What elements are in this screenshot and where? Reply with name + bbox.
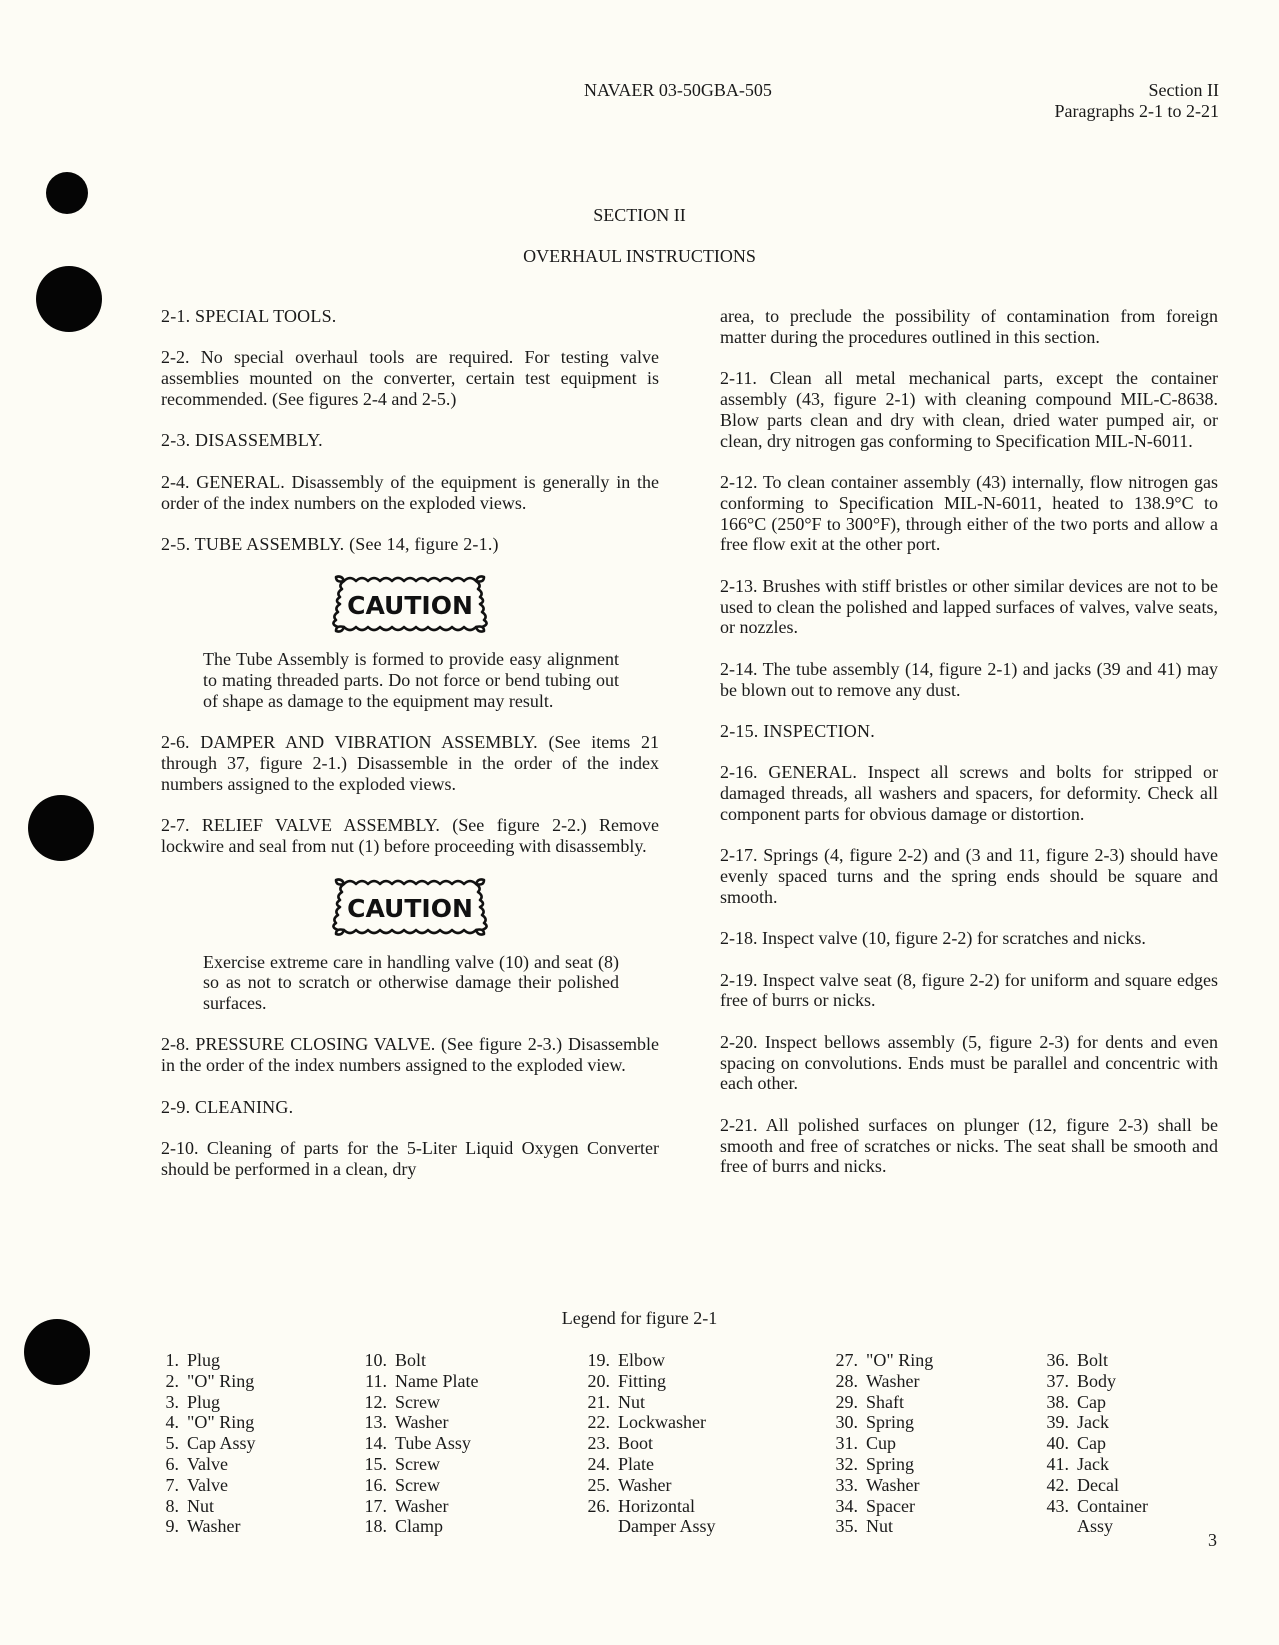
legend-index: 41.: [1037, 1454, 1069, 1475]
legend-item: 1.Plug: [145, 1350, 256, 1371]
legend-item: 42.Decal: [1037, 1475, 1148, 1496]
legend-index: 30.: [826, 1412, 858, 1433]
legend-item: 40.Cap: [1037, 1433, 1148, 1454]
legend-part-name: Nut: [187, 1496, 214, 1516]
paragraph: 2-6. DAMPER AND VIBRATION ASSEMBLY. (See…: [161, 732, 659, 794]
paragraph-heading: 2-3. DISASSEMBLY.: [161, 430, 659, 451]
legend-index: 9.: [145, 1516, 179, 1537]
paragraph: 2-13. Brushes with stiff bristles or oth…: [720, 576, 1218, 638]
paragraph-heading: 2-5. TUBE ASSEMBLY. (See 14, figure 2-1.…: [161, 534, 659, 555]
legend-index: 16.: [355, 1475, 387, 1496]
legend-index: 6.: [145, 1454, 179, 1475]
legend-index: 1.: [145, 1350, 179, 1371]
legend-part-name: Fitting: [618, 1371, 666, 1391]
legend-item: 29.Shaft: [826, 1392, 933, 1413]
legend-part-name: Washer: [395, 1496, 449, 1516]
legend-part-name: Lockwasher: [618, 1412, 706, 1432]
legend-part-name: Plug: [187, 1392, 220, 1412]
paragraph: area, to preclude the possibility of con…: [720, 306, 1218, 348]
section-label: Section II: [1055, 80, 1219, 101]
right-column: area, to preclude the possibility of con…: [720, 306, 1218, 1198]
paragraph: 2-14. The tube assembly (14, figure 2-1)…: [720, 659, 1218, 701]
legend-item: 9.Washer: [145, 1516, 256, 1537]
legend-part-name: Clamp: [395, 1516, 443, 1536]
caution-label: CAUTION: [347, 591, 473, 620]
legend-part-name: Shaft: [866, 1392, 904, 1412]
legend-item: 37.Body: [1037, 1371, 1148, 1392]
legend-item: 41.Jack: [1037, 1454, 1148, 1475]
legend-index: 7.: [145, 1475, 179, 1496]
section-title: SECTION II: [0, 205, 1279, 226]
legend-item: 15.Screw: [355, 1454, 478, 1475]
legend-part-name: Name Plate: [395, 1371, 478, 1391]
paragraph: 2-21. All polished surfaces on plunger (…: [720, 1115, 1218, 1177]
legend-part-name: Cap: [1077, 1433, 1106, 1453]
legend-item: 25.Washer: [578, 1475, 716, 1496]
legend-part-name: Washer: [866, 1475, 920, 1495]
legend-index: 15.: [355, 1454, 387, 1475]
legend-index: 10.: [355, 1350, 387, 1371]
legend-index: 28.: [826, 1371, 858, 1392]
paragraph: 2-2. No special overhaul tools are requi…: [161, 347, 659, 409]
legend-item: 32.Spring: [826, 1454, 933, 1475]
legend-part-name: Washer: [187, 1516, 241, 1536]
legend-item: 35.Nut: [826, 1516, 933, 1537]
legend-item: 26.Horizontal: [578, 1496, 716, 1517]
legend-part-name: "O" Ring: [187, 1371, 254, 1391]
legend-part-name: Washer: [395, 1412, 449, 1432]
legend-index: 23.: [578, 1433, 610, 1454]
legend-column: 19.Elbow20.Fitting21.Nut22.Lockwasher23.…: [578, 1350, 716, 1537]
legend-index: 37.: [1037, 1371, 1069, 1392]
legend-index: 27.: [826, 1350, 858, 1371]
legend-item: 23.Boot: [578, 1433, 716, 1454]
paragraph-heading: 2-9. CLEANING.: [161, 1097, 659, 1118]
legend-part-name: Screw: [395, 1392, 440, 1412]
left-column: 2-1. SPECIAL TOOLS.2-2. No special overh…: [161, 306, 659, 1200]
legend-index: 25.: [578, 1475, 610, 1496]
legend-item: 2."O" Ring: [145, 1371, 256, 1392]
legend-item: 7.Valve: [145, 1475, 256, 1496]
legend-index: 14.: [355, 1433, 387, 1454]
legend-column: 27."O" Ring28.Washer29.Shaft30.Spring31.…: [826, 1350, 933, 1537]
legend-index: 12.: [355, 1392, 387, 1413]
legend-item: 27."O" Ring: [826, 1350, 933, 1371]
legend-index: 21.: [578, 1392, 610, 1413]
legend-index: 43.: [1037, 1496, 1069, 1517]
legend-item: 39.Jack: [1037, 1412, 1148, 1433]
legend-index: 33.: [826, 1475, 858, 1496]
caution-scalloped-frame-icon: CAUTION: [330, 876, 490, 938]
paragraph: 2-19. Inspect valve seat (8, figure 2-2)…: [720, 970, 1218, 1012]
legend-part-name: Valve: [187, 1454, 228, 1474]
caution-banner: CAUTION: [161, 876, 659, 938]
legend-index: 26.: [578, 1496, 610, 1517]
caution-text: Exercise extreme care in handling valve …: [161, 952, 659, 1014]
legend-index: 11.: [355, 1371, 387, 1392]
paragraph: 2-4. GENERAL. Disassembly of the equipme…: [161, 472, 659, 514]
legend-index: 2.: [145, 1371, 179, 1392]
legend-item: 36.Bolt: [1037, 1350, 1148, 1371]
legend-item: 19.Elbow: [578, 1350, 716, 1371]
paragraph: 2-20. Inspect bellows assembly (5, figur…: [720, 1032, 1218, 1094]
legend-item: 5.Cap Assy: [145, 1433, 256, 1454]
legend-item: 6.Valve: [145, 1454, 256, 1475]
legend-index: 18.: [355, 1516, 387, 1537]
legend-item: 38.Cap: [1037, 1392, 1148, 1413]
legend-column: 10.Bolt11.Name Plate12.Screw13.Washer14.…: [355, 1350, 478, 1537]
legend-index: 5.: [145, 1433, 179, 1454]
legend-index: 38.: [1037, 1392, 1069, 1413]
binder-hole-large-top: [36, 266, 102, 332]
legend-index: 34.: [826, 1496, 858, 1517]
caution-scalloped-frame-icon: CAUTION: [330, 573, 490, 635]
legend-part-name: Plug: [187, 1350, 220, 1370]
legend-index: 40.: [1037, 1433, 1069, 1454]
legend-index: 19.: [578, 1350, 610, 1371]
legend-item: 13.Washer: [355, 1412, 478, 1433]
legend-part-name: Cap Assy: [187, 1433, 256, 1453]
legend-part-name: "O" Ring: [866, 1350, 933, 1370]
paragraph: 2-11. Clean all metal mechanical parts, …: [720, 368, 1218, 451]
section-reference: Section II Paragraphs 2-1 to 2-21: [1055, 80, 1219, 122]
legend-part-name: Washer: [866, 1371, 920, 1391]
legend-item: 33.Washer: [826, 1475, 933, 1496]
page-number: 3: [1208, 1530, 1217, 1551]
legend-index: 22.: [578, 1412, 610, 1433]
legend-item: 14.Tube Assy: [355, 1433, 478, 1454]
legend-item: 12.Screw: [355, 1392, 478, 1413]
legend-part-name: Valve: [187, 1475, 228, 1495]
legend-part-name: Jack: [1077, 1412, 1109, 1432]
legend-index: 20.: [578, 1371, 610, 1392]
legend-item: 21.Nut: [578, 1392, 716, 1413]
legend-item: 3.Plug: [145, 1392, 256, 1413]
legend-item: 10.Bolt: [355, 1350, 478, 1371]
legend-part-name: Cap: [1077, 1392, 1106, 1412]
legend-part-name: Spacer: [866, 1496, 915, 1516]
paragraph: 2-17. Springs (4, figure 2-2) and (3 and…: [720, 845, 1218, 907]
legend-part-name: Cup: [866, 1433, 896, 1453]
legend-index: 36.: [1037, 1350, 1069, 1371]
legend-index: 3.: [145, 1392, 179, 1413]
caution-label: CAUTION: [347, 894, 473, 923]
legend-index: 32.: [826, 1454, 858, 1475]
paragraph: 2-8. PRESSURE CLOSING VALVE. (See figure…: [161, 1034, 659, 1076]
paragraph: 2-12. To clean container assembly (43) i…: [720, 472, 1218, 555]
legend-part-name: Screw: [395, 1454, 440, 1474]
caution-text: The Tube Assembly is formed to provide e…: [161, 649, 659, 711]
legend-item: 31.Cup: [826, 1433, 933, 1454]
legend-item: 24.Plate: [578, 1454, 716, 1475]
paragraph: 2-7. RELIEF VALVE ASSEMBLY. (See figure …: [161, 815, 659, 857]
paragraph-heading: 2-15. INSPECTION.: [720, 721, 1218, 742]
legend-part-name: Container: [1077, 1496, 1148, 1516]
legend-part-name: Spring: [866, 1454, 914, 1474]
legend-part-name: Spring: [866, 1412, 914, 1432]
legend-part-name-continued: Damper Assy: [578, 1516, 716, 1537]
legend-index: 17.: [355, 1496, 387, 1517]
legend-part-name: Nut: [618, 1392, 645, 1412]
legend-part-name: Decal: [1077, 1475, 1119, 1495]
legend-index: 29.: [826, 1392, 858, 1413]
legend-item: 22.Lockwasher: [578, 1412, 716, 1433]
legend-item: 20.Fitting: [578, 1371, 716, 1392]
legend-item: 30.Spring: [826, 1412, 933, 1433]
caution-banner: CAUTION: [161, 573, 659, 635]
legend-part-name: Horizontal: [618, 1496, 695, 1516]
legend-item: 18.Clamp: [355, 1516, 478, 1537]
legend-part-name: Elbow: [618, 1350, 665, 1370]
legend-part-name: Bolt: [1077, 1350, 1108, 1370]
binder-hole-middle: [28, 795, 94, 861]
paragraph: 2-16. GENERAL. Inspect all screws and bo…: [720, 762, 1218, 824]
legend-item: 16.Screw: [355, 1475, 478, 1496]
legend-part-name: Boot: [618, 1433, 653, 1453]
legend-index: 39.: [1037, 1412, 1069, 1433]
legend-index: 35.: [826, 1516, 858, 1537]
legend-column: 36.Bolt37.Body38.Cap39.Jack40.Cap41.Jack…: [1037, 1350, 1148, 1537]
legend-part-name-continued: Assy: [1037, 1516, 1148, 1537]
legend-index: 8.: [145, 1496, 179, 1517]
legend-part-name: "O" Ring: [187, 1412, 254, 1432]
legend-item: 17.Washer: [355, 1496, 478, 1517]
legend-part-name: Nut: [866, 1516, 893, 1536]
legend-item: 28.Washer: [826, 1371, 933, 1392]
paragraph: 2-18. Inspect valve (10, figure 2-2) for…: [720, 928, 1218, 949]
legend-index: 31.: [826, 1433, 858, 1454]
legend-column: 1.Plug2."O" Ring3.Plug4."O" Ring5.Cap As…: [145, 1350, 256, 1537]
legend-index: 4.: [145, 1412, 179, 1433]
legend-index: 13.: [355, 1412, 387, 1433]
legend-part-name: Bolt: [395, 1350, 426, 1370]
legend-item: 34.Spacer: [826, 1496, 933, 1517]
legend-item: 11.Name Plate: [355, 1371, 478, 1392]
legend-index: 24.: [578, 1454, 610, 1475]
paragraphs-range: Paragraphs 2-1 to 2-21: [1055, 101, 1219, 122]
legend-title: Legend for figure 2-1: [0, 1308, 1279, 1329]
legend-part-name: Screw: [395, 1475, 440, 1495]
document-number: NAVAER 03-50GBA-505: [584, 80, 772, 101]
paragraph-heading: 2-1. SPECIAL TOOLS.: [161, 306, 659, 327]
legend-part-name: Jack: [1077, 1454, 1109, 1474]
legend-part-name: Washer: [618, 1475, 672, 1495]
legend-item: 43.Container: [1037, 1496, 1148, 1517]
legend-part-name: Tube Assy: [395, 1433, 471, 1453]
legend-index: 42.: [1037, 1475, 1069, 1496]
paragraph: 2-10. Cleaning of parts for the 5-Liter …: [161, 1138, 659, 1180]
section-subtitle: OVERHAUL INSTRUCTIONS: [0, 246, 1279, 267]
legend-item: 8.Nut: [145, 1496, 256, 1517]
legend-part-name: Body: [1077, 1371, 1116, 1391]
legend-part-name: Plate: [618, 1454, 654, 1474]
legend-item: 4."O" Ring: [145, 1412, 256, 1433]
